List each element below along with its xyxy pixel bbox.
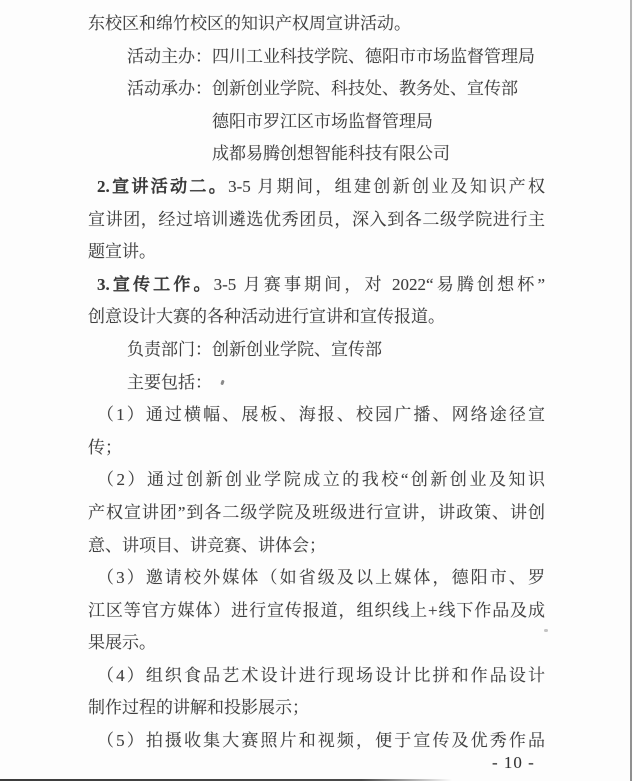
line-text: 果展示。 [88,633,156,652]
line-text: 题宣讲。 [88,242,156,261]
document-line: 江区等官方媒体）进行宣传报道，组织线上+线下作品及成 [88,595,545,628]
scan-speck [544,629,548,632]
line-text: 主要包括： [127,373,212,392]
line-text: 传； [88,438,122,457]
document-line: 活动承办：创新创业学院、科技处、教务处、宣传部 [88,73,545,106]
document-line: 成都易腾创想智能科技有限公司 [88,138,545,171]
document-line: 创意设计大赛的各种活动进行宣讲和宣传报道。 [88,301,545,334]
line-text: 宣讲团，经过培训遴选优秀团员，深入到各二级学院进行主 [88,210,545,229]
line-text: 江区等官方媒体）进行宣传报道，组织线上+线下作品及成 [88,601,545,620]
line-text: 产权宣讲团”到各二级学院及班级进行宣讲，讲政策、讲创 [88,503,545,522]
paragraph-heading: 3.宣传工作。 [97,275,214,294]
document-line: （5）拍摄收集大赛照片和视频，便于宣传及优秀作品 [88,725,545,758]
line-text: 意、讲项目、讲竞赛、讲体会； [88,536,326,555]
document-line: 果展示。 [88,627,545,660]
document-line: 3.宣传工作。3-5 月赛事期间，对 2022“易腾创想杯” [88,269,545,302]
line-text: （2）通过创新创业学院成立的我校“创新创业及知识 [97,470,545,489]
document-body: 东校区和绵竹校区的知识产权周宣讲活动。 活动主办：四川工业科技学院、德阳市市场监… [88,8,545,758]
line-text: 活动承办：创新创业学院、科技处、教务处、宣传部 [127,79,518,98]
document-line: （1）通过横幅、展板、海报、校园广播、网络途径宣 [88,399,545,432]
document-line: 主要包括： [88,367,545,400]
line-text: 负责部门：创新创业学院、宣传部 [127,340,382,359]
page-number: - 10 - [492,753,535,773]
line-text: （1）通过横幅、展板、海报、校园广播、网络途径宣 [97,405,545,424]
line-text: 成都易腾创想智能科技有限公司 [212,144,450,163]
line-text: 东校区和绵竹校区的知识产权周宣讲活动。 [88,14,411,33]
document-line: 宣讲团，经过培训遴选优秀团员，深入到各二级学院进行主 [88,204,545,237]
document-line: 2.宣讲活动二。3-5 月期间，组建创新创业及知识产权 [88,171,545,204]
paragraph-heading: 2.宣讲活动二。 [97,177,228,196]
document-line: （3）邀请校外媒体（如省级及以上媒体，德阳市、罗 [88,562,545,595]
line-text: （3）邀请校外媒体（如省级及以上媒体，德阳市、罗 [97,568,545,587]
document-line: 产权宣讲团”到各二级学院及班级进行宣讲，讲政策、讲创 [88,497,545,530]
line-text: （4）组织食品艺术设计进行现场设计比拼和作品设计 [97,666,545,685]
document-line: 活动主办：四川工业科技学院、德阳市市场监督管理局 [88,41,545,74]
line-text: 3-5 月赛事期间，对 2022“易腾创想杯” [214,275,545,294]
line-text: 创意设计大赛的各种活动进行宣讲和宣传报道。 [88,307,445,326]
scan-edge-line-right [630,0,632,781]
document-line: 题宣讲。 [88,236,545,269]
line-text: （5）拍摄收集大赛照片和视频，便于宣传及优秀作品 [97,731,545,750]
line-text: 德阳市罗江区市场监督管理局 [212,112,433,131]
line-text: 活动主办：四川工业科技学院、德阳市市场监督管理局 [127,47,535,66]
document-line: 传； [88,432,545,465]
document-line: 制作过程的讲解和投影展示； [88,692,545,725]
document-line: 东校区和绵竹校区的知识产权周宣讲活动。 [88,8,545,41]
document-line: 意、讲项目、讲竞赛、讲体会； [88,530,545,563]
document-line: 德阳市罗江区市场监督管理局 [88,106,545,139]
document-line: 负责部门：创新创业学院、宣传部 [88,334,545,367]
line-text: 制作过程的讲解和投影展示； [88,698,309,717]
line-text: 3-5 月期间，组建创新创业及知识产权 [228,177,545,196]
document-line: （2）通过创新创业学院成立的我校“创新创业及知识 [88,464,545,497]
scanned-document-page: 东校区和绵竹校区的知识产权周宣讲活动。 活动主办：四川工业科技学院、德阳市市场监… [0,0,633,781]
document-line: （4）组织食品艺术设计进行现场设计比拼和作品设计 [88,660,545,693]
